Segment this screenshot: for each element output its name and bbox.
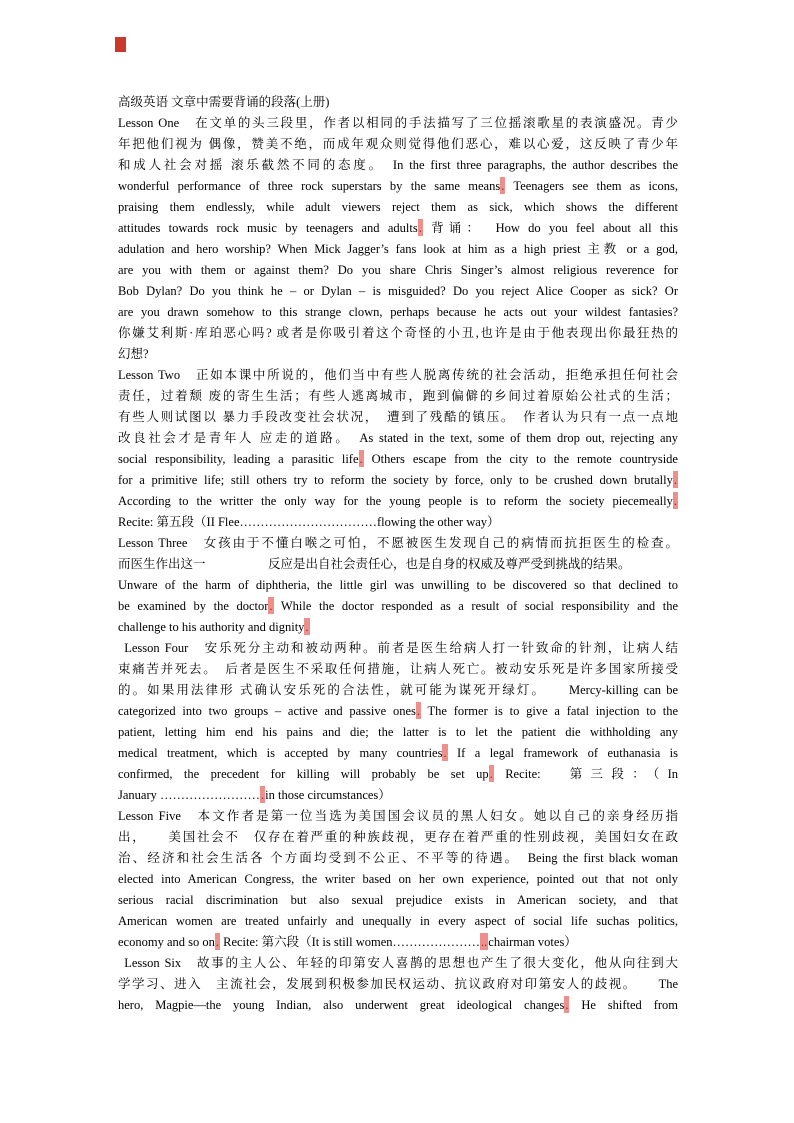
- text-segment: medical treatment, which is accepted by …: [118, 746, 442, 760]
- text-segment: attitudes towards rock music by teenager…: [118, 221, 418, 235]
- text-segment: for a primitive life; still others try t…: [118, 473, 673, 487]
- text-segment: Recite: 第五段（II Flee……………………………flowing th…: [118, 515, 500, 529]
- text-line: 出， 美国社会不 仅存在着严重的种族歧视，更存在着严重的性别歧视，美国妇女在政: [118, 827, 678, 848]
- revision-highlight-mark: .: [673, 492, 678, 509]
- text-segment: 你嫌艾利斯·库珀恶心吗? 或者是你吸引着这个奇怪的小丑,也许是由于他表现出你最狂…: [118, 326, 678, 340]
- text-line: Lesson Three 女孩由于不懂白喉之可怕，不愿被医生发现自己的病情而抗拒…: [118, 533, 678, 554]
- text-segment: 背诵： How do you feel about all this: [423, 221, 678, 235]
- text-segment: 责任，过着颓 废的寄生生活；有些人逃离城市，跑到偏僻的乡间过着原始公社式的生活；: [118, 389, 678, 403]
- text-segment: 学学习、进入 主流社会，发展到积极参加民权运动、抗议政府对印第安人的歧视。 Th…: [118, 977, 678, 991]
- revision-highlight-mark: .: [673, 471, 678, 488]
- text-segment: American women are treated unfairly and …: [118, 914, 678, 928]
- text-segment: 而医生作出这一 反应是出自社会责任心，也是自身的权威及尊严受到挑战的结果。: [118, 557, 631, 571]
- text-segment: social responsibility, leading a parasit…: [118, 452, 359, 466]
- text-line: American women are treated unfairly and …: [118, 911, 678, 932]
- text-segment: He shifted from: [569, 998, 678, 1012]
- text-segment: Lesson Two 正如本课中所说的，他们当中有些人脱离传统的社会活动，拒绝承…: [118, 368, 678, 382]
- text-segment: Teenagers see them as icons,: [505, 179, 678, 193]
- text-segment: Lesson Six 故事的主人公、年轻的印第安人喜鹊的思想也产生了很大变化，他…: [118, 956, 678, 970]
- text-segment: challenge to his authority and dignity: [118, 620, 304, 634]
- document-page: 高级英语 文章中需要背诵的段落(上册)Lesson One 在文单的头三段里，作…: [0, 0, 794, 1123]
- text-segment: Others escape from the city to the remot…: [364, 452, 678, 466]
- text-line: Lesson Two 正如本课中所说的，他们当中有些人脱离传统的社会活动，拒绝承…: [118, 365, 678, 386]
- text-line: Lesson Six 故事的主人公、年轻的印第安人喜鹊的思想也产生了很大变化，他…: [118, 953, 678, 974]
- text-segment: 改良社会才是青年人 应走的道路。 As stated in the text, …: [118, 431, 678, 445]
- text-segment: Bob Dylan? Do you think he – or Dylan – …: [118, 284, 678, 298]
- text-line: According to the writter the only way fo…: [118, 491, 678, 512]
- text-segment: are you drawn somehow to this strange cl…: [118, 305, 678, 319]
- text-line: 年把他们视为 偶像，赞美不绝，而成年观众则觉得他们恶心，难以心爱，这反映了青少年: [118, 134, 678, 155]
- revision-highlight-mark: .: [304, 618, 309, 635]
- text-segment: 治、经济和社会生活各 个方面均受到不公正、不平等的待遇。 Being the f…: [118, 851, 678, 865]
- text-line: for a primitive life; still others try t…: [118, 470, 678, 491]
- text-line: elected into American Congress, the writ…: [118, 869, 678, 890]
- text-segment: serious racial discrimination but also s…: [118, 893, 678, 907]
- text-segment: The former is to give a fatal injection …: [421, 704, 678, 718]
- text-line: medical treatment, which is accepted by …: [118, 743, 678, 764]
- text-line: social responsibility, leading a parasit…: [118, 449, 678, 470]
- text-segment: 的。如果用法律形 式确认安乐死的合法性，就可能为谋死开绿灯。 Mercy-kil…: [118, 683, 678, 697]
- text-line: are you with them or against them? Do yo…: [118, 260, 678, 281]
- text-line: patient, letting him end his pains and d…: [118, 722, 678, 743]
- text-line: wonderful performance of three rock supe…: [118, 176, 678, 197]
- text-line: 而医生作出这一 反应是出自社会责任心，也是自身的权威及尊严受到挑战的结果。: [118, 554, 678, 575]
- text-line: Recite: 第五段（II Flee……………………………flowing th…: [118, 512, 678, 533]
- text-line: challenge to his authority and dignity.: [118, 617, 678, 638]
- text-line: 的。如果用法律形 式确认安乐死的合法性，就可能为谋死开绿灯。 Mercy-kil…: [118, 680, 678, 701]
- text-segment: According to the writter the only way fo…: [118, 494, 673, 508]
- text-line: be examined by the doctor. While the doc…: [118, 596, 678, 617]
- text-segment: chairman votes）: [488, 935, 577, 949]
- text-segment: 有些人则试图以 暴力手段改变社会状况， 遭到了残酷的镇压。 作者认为只有一点一点…: [118, 410, 678, 424]
- text-segment: Lesson Three 女孩由于不懂白喉之可怕，不愿被医生发现自己的病情而抗拒…: [118, 536, 678, 550]
- text-segment: 高级英语 文章中需要背诵的段落(上册): [118, 95, 329, 109]
- text-line: 责任，过着颓 废的寄生生活；有些人逃离城市，跑到偏僻的乡间过着原始公社式的生活；: [118, 386, 678, 407]
- text-segment: Recite: 第三段：（In: [494, 767, 678, 781]
- text-segment: 束痛苦并死去。 后者是医生不采取任何措施，让病人死亡。被动安乐死是许多国家所接受: [118, 662, 678, 676]
- text-segment: elected into American Congress, the writ…: [118, 872, 678, 886]
- text-segment: 幻想?: [118, 347, 149, 361]
- text-segment: categorized into two groups – active and…: [118, 704, 416, 718]
- text-line: Unware of the harm of diphtheria, the li…: [118, 575, 678, 596]
- text-segment: are you with them or against them? Do yo…: [118, 263, 678, 277]
- text-segment: If a legal framework of euthanasia is: [448, 746, 678, 760]
- text-line: attitudes towards rock music by teenager…: [118, 218, 678, 239]
- text-line: 幻想?: [118, 344, 678, 365]
- text-line: Bob Dylan? Do you think he – or Dylan – …: [118, 281, 678, 302]
- text-segment: January ……………………: [118, 788, 260, 802]
- text-line: Lesson Four 安乐死分主动和被动两种。前者是医生给病人打一针致命的针剂…: [118, 638, 678, 659]
- text-segment: 出， 美国社会不 仅存在着严重的种族歧视，更存在着严重的性别歧视，美国妇女在政: [118, 830, 678, 844]
- document-title: 高级英语 文章中需要背诵的段落(上册): [118, 92, 678, 113]
- text-segment: confirmed, the precedent for killing wil…: [118, 767, 489, 781]
- text-line: 改良社会才是青年人 应走的道路。 As stated in the text, …: [118, 428, 678, 449]
- text-segment: 和成人社会对摇 滚乐截然不同的态度。 In the first three pa…: [118, 158, 678, 172]
- text-line: January …………………….in those circumstances）: [118, 785, 678, 806]
- text-line: adulation and hero worship? When Mick Ja…: [118, 239, 678, 260]
- text-segment: be examined by the doctor: [118, 599, 268, 613]
- text-segment: wonderful performance of three rock supe…: [118, 179, 500, 193]
- text-block: 高级英语 文章中需要背诵的段落(上册)Lesson One 在文单的头三段里，作…: [118, 92, 678, 1016]
- text-segment: Unware of the harm of diphtheria, the li…: [118, 578, 678, 592]
- text-segment: adulation and hero worship? When Mick Ja…: [118, 242, 678, 256]
- text-line: 束痛苦并死去。 后者是医生不采取任何措施，让病人死亡。被动安乐死是许多国家所接受: [118, 659, 678, 680]
- text-segment: economy and so on: [118, 935, 215, 949]
- text-line: 有些人则试图以 暴力手段改变社会状况， 遭到了残酷的镇压。 作者认为只有一点一点…: [118, 407, 678, 428]
- text-line: serious racial discrimination but also s…: [118, 890, 678, 911]
- text-line: 和成人社会对摇 滚乐截然不同的态度。 In the first three pa…: [118, 155, 678, 176]
- text-segment: praising them endlessly, while adult vie…: [118, 200, 678, 214]
- text-line: Lesson One 在文单的头三段里，作者以相同的手法描写了三位摇滚歌星的表演…: [118, 113, 678, 134]
- text-segment: patient, letting him end his pains and d…: [118, 725, 678, 739]
- text-line: 治、经济和社会生活各 个方面均受到不公正、不平等的待遇。 Being the f…: [118, 848, 678, 869]
- text-line: 学学习、进入 主流社会，发展到积极参加民权运动、抗议政府对印第安人的歧视。 Th…: [118, 974, 678, 995]
- text-line: economy and so on. Recite: 第六段（It is sti…: [118, 932, 678, 953]
- text-segment: While the doctor responded as a result o…: [274, 599, 678, 613]
- text-line: praising them endlessly, while adult vie…: [118, 197, 678, 218]
- stray-red-revision-mark: [115, 37, 126, 52]
- text-segment: Lesson Four 安乐死分主动和被动两种。前者是医生给病人打一针致命的针剂…: [118, 641, 678, 655]
- text-segment: 年把他们视为 偶像，赞美不绝，而成年观众则觉得他们恶心，难以心爱，这反映了青少年: [118, 137, 678, 151]
- text-segment: in those circumstances）: [265, 788, 391, 802]
- text-line: confirmed, the precedent for killing wil…: [118, 764, 678, 785]
- text-segment: Recite: 第六段（It is still women…………………: [220, 935, 480, 949]
- text-line: are you drawn somehow to this strange cl…: [118, 302, 678, 323]
- text-line: 你嫌艾利斯·库珀恶心吗? 或者是你吸引着这个奇怪的小丑,也许是由于他表现出你最狂…: [118, 323, 678, 344]
- text-segment: Lesson Five 本文作者是第一位当选为美国国会议员的黑人妇女。她以自己的…: [118, 809, 678, 823]
- text-segment: Lesson One 在文单的头三段里，作者以相同的手法描写了三位摇滚歌星的表演…: [118, 116, 678, 130]
- text-segment: hero, Magpie—the young Indian, also unde…: [118, 998, 564, 1012]
- text-line: categorized into two groups – active and…: [118, 701, 678, 722]
- text-line: Lesson Five 本文作者是第一位当选为美国国会议员的黑人妇女。她以自己的…: [118, 806, 678, 827]
- text-line: hero, Magpie—the young Indian, also unde…: [118, 995, 678, 1016]
